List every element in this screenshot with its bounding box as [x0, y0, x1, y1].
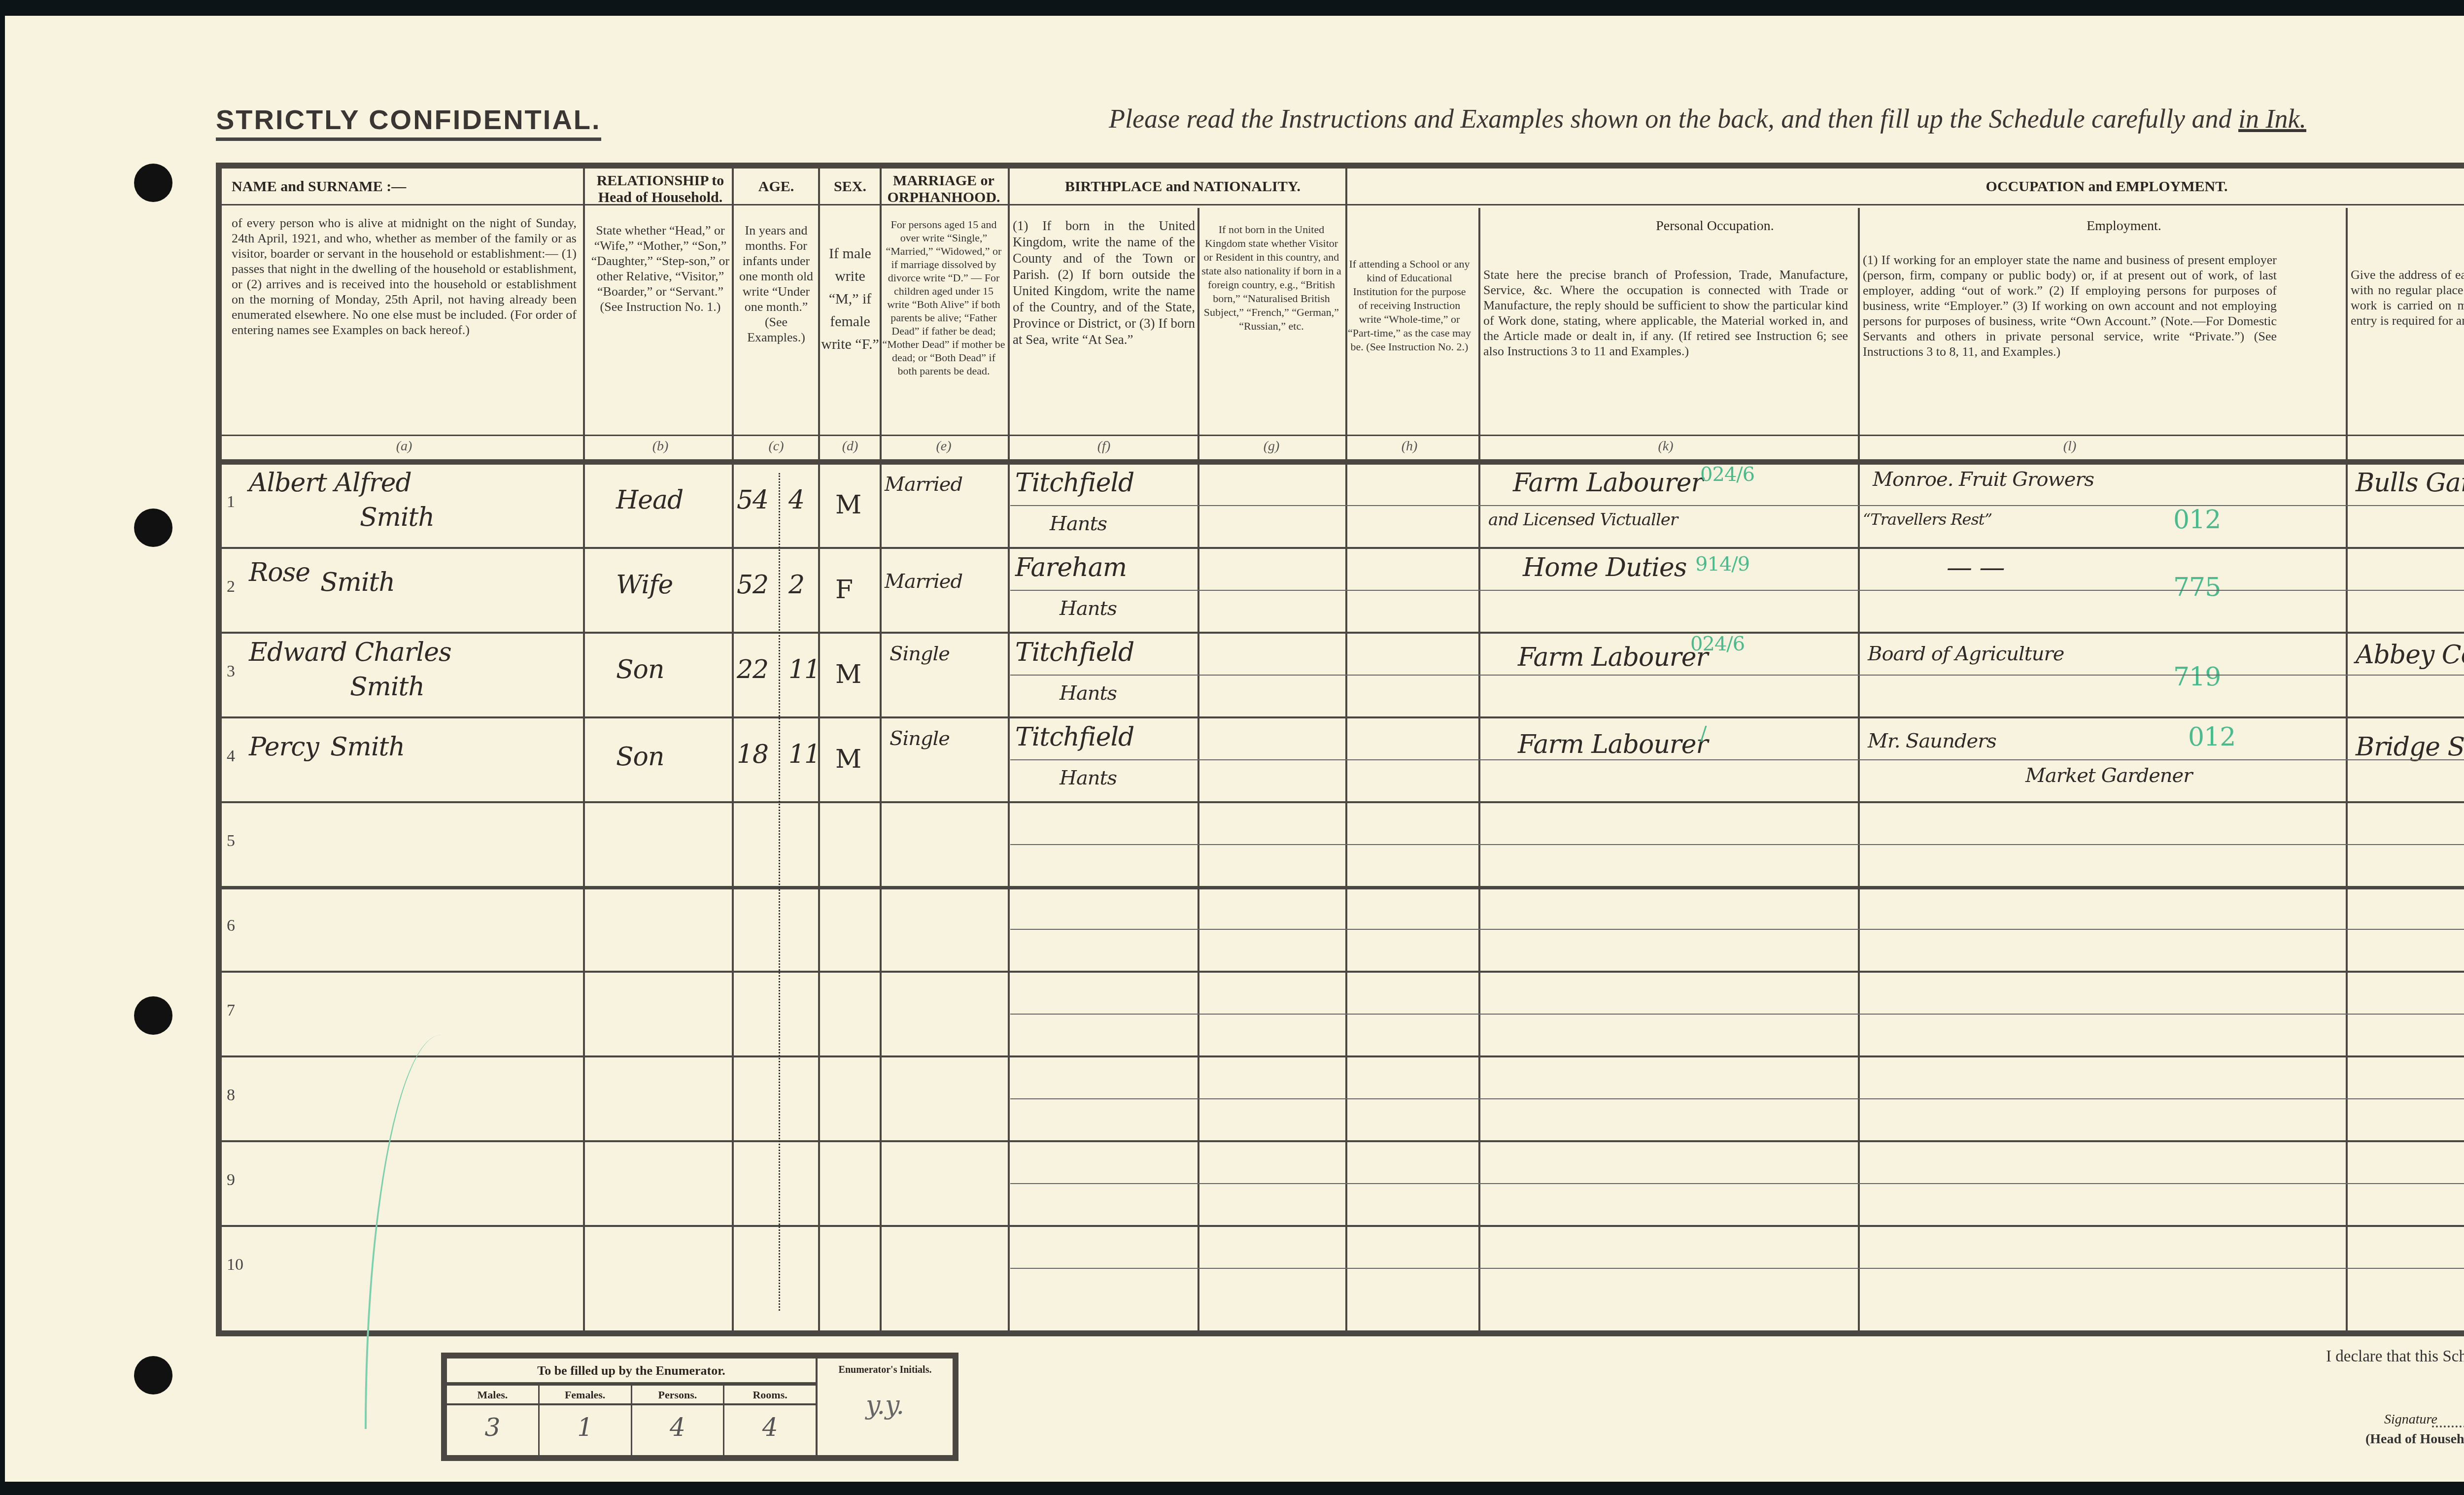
column-letter: (k): [1483, 439, 1848, 454]
subrow-divider: [1010, 1183, 2464, 1184]
signature-line[interactable]: [2432, 1426, 2464, 1427]
instructions-personal-occupation: State here the precise branch of Profess…: [1483, 267, 1848, 430]
column-letter: (f): [1013, 439, 1195, 454]
divider: [222, 435, 2464, 436]
birthplace-town[interactable]: Titchfield: [1015, 638, 1134, 667]
subrow-divider: [1010, 1098, 2464, 1099]
signature-note: (Head of Household, Manager of Establish…: [2365, 1431, 2464, 1447]
enumerator-summary-box: To be filled up by the Enumerator. Males…: [441, 1353, 958, 1461]
row-number: 4: [227, 747, 235, 766]
divider: [222, 204, 2464, 205]
person-name[interactable]: Rose: [249, 558, 310, 587]
subheader-personal-occupation: Personal Occupation.: [1523, 218, 1907, 235]
instructions-emphasis: in Ink.: [2238, 104, 2306, 134]
column-letter: (m): [2351, 439, 2464, 454]
census-form-table: NAME and SURNAME :— RELATIONSHIP to Head…: [216, 163, 2464, 1336]
signature-label: Signature: [2384, 1412, 2437, 1427]
person-surname[interactable]: Smith: [330, 732, 405, 762]
row-number: 8: [227, 1086, 235, 1105]
confidential-label: STRICTLY CONFIDENTIAL.: [216, 103, 601, 141]
marital-status[interactable]: Married: [885, 570, 962, 593]
header-age: AGE.: [734, 178, 818, 195]
instructions-relationship: State whether “Head,” or “Wife,” “Mother…: [589, 223, 732, 430]
birthplace-county[interactable]: Hants: [1060, 767, 1117, 789]
age-months[interactable]: 11: [788, 655, 820, 684]
instructions-nationality: If not born in the United Kingdom state …: [1200, 223, 1343, 430]
employer-code: 775: [2173, 573, 2221, 602]
employer[interactable]: Monroe. Fruit Growers: [1873, 468, 2094, 491]
subrow-divider: [1010, 505, 2464, 506]
occupation-code: 914/9: [1695, 553, 1749, 576]
row-number: 7: [227, 1001, 235, 1020]
males-value: 3: [447, 1405, 538, 1450]
employer-secondary[interactable]: “Travellers Rest”: [1863, 510, 1992, 529]
instructions-marriage: For persons aged 15 and over write “Sing…: [882, 218, 1005, 430]
rooms-value: 4: [724, 1405, 816, 1450]
persons-value: 4: [632, 1405, 723, 1450]
initials-label: Enumerator's Initials.: [818, 1359, 953, 1376]
age-months[interactable]: 4: [788, 485, 804, 515]
employer[interactable]: Mr. Saunders: [1868, 730, 1996, 752]
header-birthplace: BIRTHPLACE and NATIONALITY.: [1010, 178, 1355, 195]
age-years[interactable]: 18: [737, 740, 768, 769]
instructions-age: In years and months. For infants under o…: [734, 223, 818, 430]
instructions-employment: (1) If working for an employer state the…: [1863, 252, 2277, 430]
relationship[interactable]: Head: [616, 485, 683, 515]
row-number: 5: [227, 832, 235, 850]
subrow-divider: [1010, 1268, 2464, 1269]
row-number: 9: [227, 1171, 235, 1189]
age-months[interactable]: 11: [788, 740, 820, 769]
row-divider: [222, 971, 2464, 973]
occupation-code: 024/6: [1700, 463, 1754, 486]
column-letter: (e): [882, 439, 1005, 454]
column-letter: (a): [232, 439, 577, 454]
subheader-place-of-work: Place of Work.: [2341, 218, 2464, 235]
person-name[interactable]: Albert Alfred: [249, 468, 411, 498]
relationship[interactable]: Son: [616, 742, 664, 772]
column-letter: (c): [734, 439, 818, 454]
row-number: 2: [227, 578, 235, 596]
age-months[interactable]: 2: [788, 570, 804, 600]
header-name: NAME and SURNAME :—: [232, 178, 577, 195]
employer-code: 012: [2188, 722, 2235, 752]
workplace[interactable]: Abbey Cottage: [2356, 640, 2464, 670]
employer-code: 719: [2173, 662, 2221, 692]
person-name[interactable]: Percy: [249, 732, 319, 762]
marital-status[interactable]: Single: [890, 727, 950, 750]
birthplace-county[interactable]: Hants: [1060, 682, 1117, 705]
column-letter: (h): [1348, 439, 1471, 454]
column-letter: (d): [821, 439, 880, 454]
occupation-code: 024/6: [1690, 633, 1745, 655]
enumerator-box-title: To be filled up by the Enumerator.: [447, 1359, 816, 1386]
birthplace-county[interactable]: Hants: [1060, 597, 1117, 620]
punch-hole: [134, 509, 172, 547]
employer-secondary[interactable]: Market Gardener: [2025, 764, 2192, 787]
header-marriage: MARRIAGE or ORPHANHOOD.: [882, 172, 1005, 206]
person-rows: 1 Albert Alfred Smith Head 54 4 M Marrie…: [222, 463, 2464, 1330]
person-surname[interactable]: Smith: [320, 568, 395, 597]
marital-status[interactable]: Married: [885, 473, 962, 496]
birthplace-town[interactable]: Fareham: [1015, 553, 1127, 582]
subrow-divider: [1010, 1014, 2464, 1015]
declaration-text: I declare that this Schedule is correctl…: [2326, 1348, 2464, 1366]
punch-hole: [134, 996, 172, 1035]
relationship[interactable]: Son: [616, 655, 664, 684]
females-cell[interactable]: Females. 1: [538, 1386, 631, 1455]
row-divider: [222, 1140, 2464, 1142]
occupation[interactable]: Farm Labourer: [1518, 643, 1708, 672]
persons-label: Persons.: [632, 1386, 723, 1405]
occupation[interactable]: Farm Labourer: [1518, 730, 1708, 759]
subrow-divider: [1010, 590, 2464, 591]
column-letter: (l): [1863, 439, 2277, 454]
occupation[interactable]: Farm Labourer: [1513, 468, 1703, 498]
age-years[interactable]: 22: [737, 655, 768, 684]
sex[interactable]: M: [835, 660, 861, 689]
instructions-sex: If male write “M,” if female write “F.”: [821, 242, 880, 430]
subrow-divider: [1010, 759, 2464, 760]
rooms-cell[interactable]: Rooms. 4: [723, 1386, 816, 1455]
row-divider: [222, 716, 2464, 718]
males-label: Males.: [447, 1386, 538, 1405]
rooms-label: Rooms.: [724, 1386, 816, 1405]
birthplace-town[interactable]: Titchfield: [1015, 722, 1134, 752]
row-divider: [222, 801, 2464, 803]
instructions-place-of-work: Give the address of each person's place …: [2351, 267, 2464, 430]
females-value: 1: [540, 1405, 631, 1450]
enumerator-initials-cell[interactable]: Enumerator's Initials. y.y.: [818, 1359, 953, 1455]
birthplace-county[interactable]: Hants: [1050, 512, 1107, 535]
workplace[interactable]: Bridge St: [2356, 732, 2464, 762]
person-surname[interactable]: Smith: [350, 672, 424, 702]
birthplace-town[interactable]: Titchfield: [1015, 468, 1134, 498]
subrow-divider: [1010, 929, 2464, 930]
subrow-divider: [1010, 844, 2464, 845]
punch-hole: [134, 164, 172, 202]
employer[interactable]: Board of Agriculture: [1868, 643, 2064, 665]
header-occupation: OCCUPATION and EMPLOYMENT.: [1380, 178, 2464, 195]
sex[interactable]: M: [835, 745, 861, 774]
age-years[interactable]: 54: [737, 485, 768, 515]
header-relationship: RELATIONSHIP to Head of Household.: [589, 172, 732, 206]
row-number: 3: [227, 662, 235, 681]
initials-value: y.y.: [818, 1376, 953, 1420]
marital-status[interactable]: Single: [890, 643, 950, 665]
sex[interactable]: F: [835, 575, 853, 605]
subheader-employment: Employment.: [1912, 218, 2336, 235]
instructions-birthplace: (1) If born in the United Kingdom, write…: [1013, 218, 1195, 430]
relationship[interactable]: Wife: [616, 570, 673, 600]
instructions-banner: Please read the Instructions and Example…: [1109, 103, 2306, 134]
person-surname[interactable]: Smith: [360, 503, 434, 532]
header-sex: SEX.: [821, 178, 880, 195]
row-number: 10: [227, 1256, 243, 1274]
occupation[interactable]: Home Duties: [1523, 553, 1686, 582]
sex[interactable]: M: [835, 490, 861, 520]
person-name[interactable]: Edward Charles: [249, 638, 451, 667]
age-years[interactable]: 52: [737, 570, 768, 600]
row-divider: [222, 1055, 2464, 1057]
row-divider: [222, 1225, 2464, 1227]
females-label: Females.: [540, 1386, 631, 1405]
employer-code: 012: [2173, 505, 2221, 535]
persons-cell[interactable]: Persons. 4: [631, 1386, 723, 1455]
employer[interactable]: — —: [1947, 553, 2005, 582]
row-divider: [222, 886, 2464, 889]
row-number: 6: [227, 917, 235, 935]
males-cell[interactable]: Males. 3: [447, 1386, 538, 1455]
subrow-divider: [1010, 675, 2464, 676]
occupation-secondary[interactable]: and Licensed Victualler: [1488, 510, 1677, 530]
occupation-code: /: [1700, 722, 1706, 745]
instructions-text: Please read the Instructions and Example…: [1109, 104, 2238, 134]
punch-hole: [134, 1356, 172, 1394]
row-number: 1: [227, 493, 235, 511]
column-letter: (b): [589, 439, 732, 454]
row-divider: [222, 547, 2464, 549]
instructions-education: If attending a School or any kind of Edu…: [1348, 257, 1471, 430]
column-letter: (g): [1200, 439, 1343, 454]
age-years-months-split: [779, 473, 780, 1311]
row-divider: [222, 632, 2464, 634]
instructions-name: of every person who is alive at midnight…: [232, 215, 577, 432]
workplace[interactable]: Bulls Gardens: [2356, 468, 2464, 498]
